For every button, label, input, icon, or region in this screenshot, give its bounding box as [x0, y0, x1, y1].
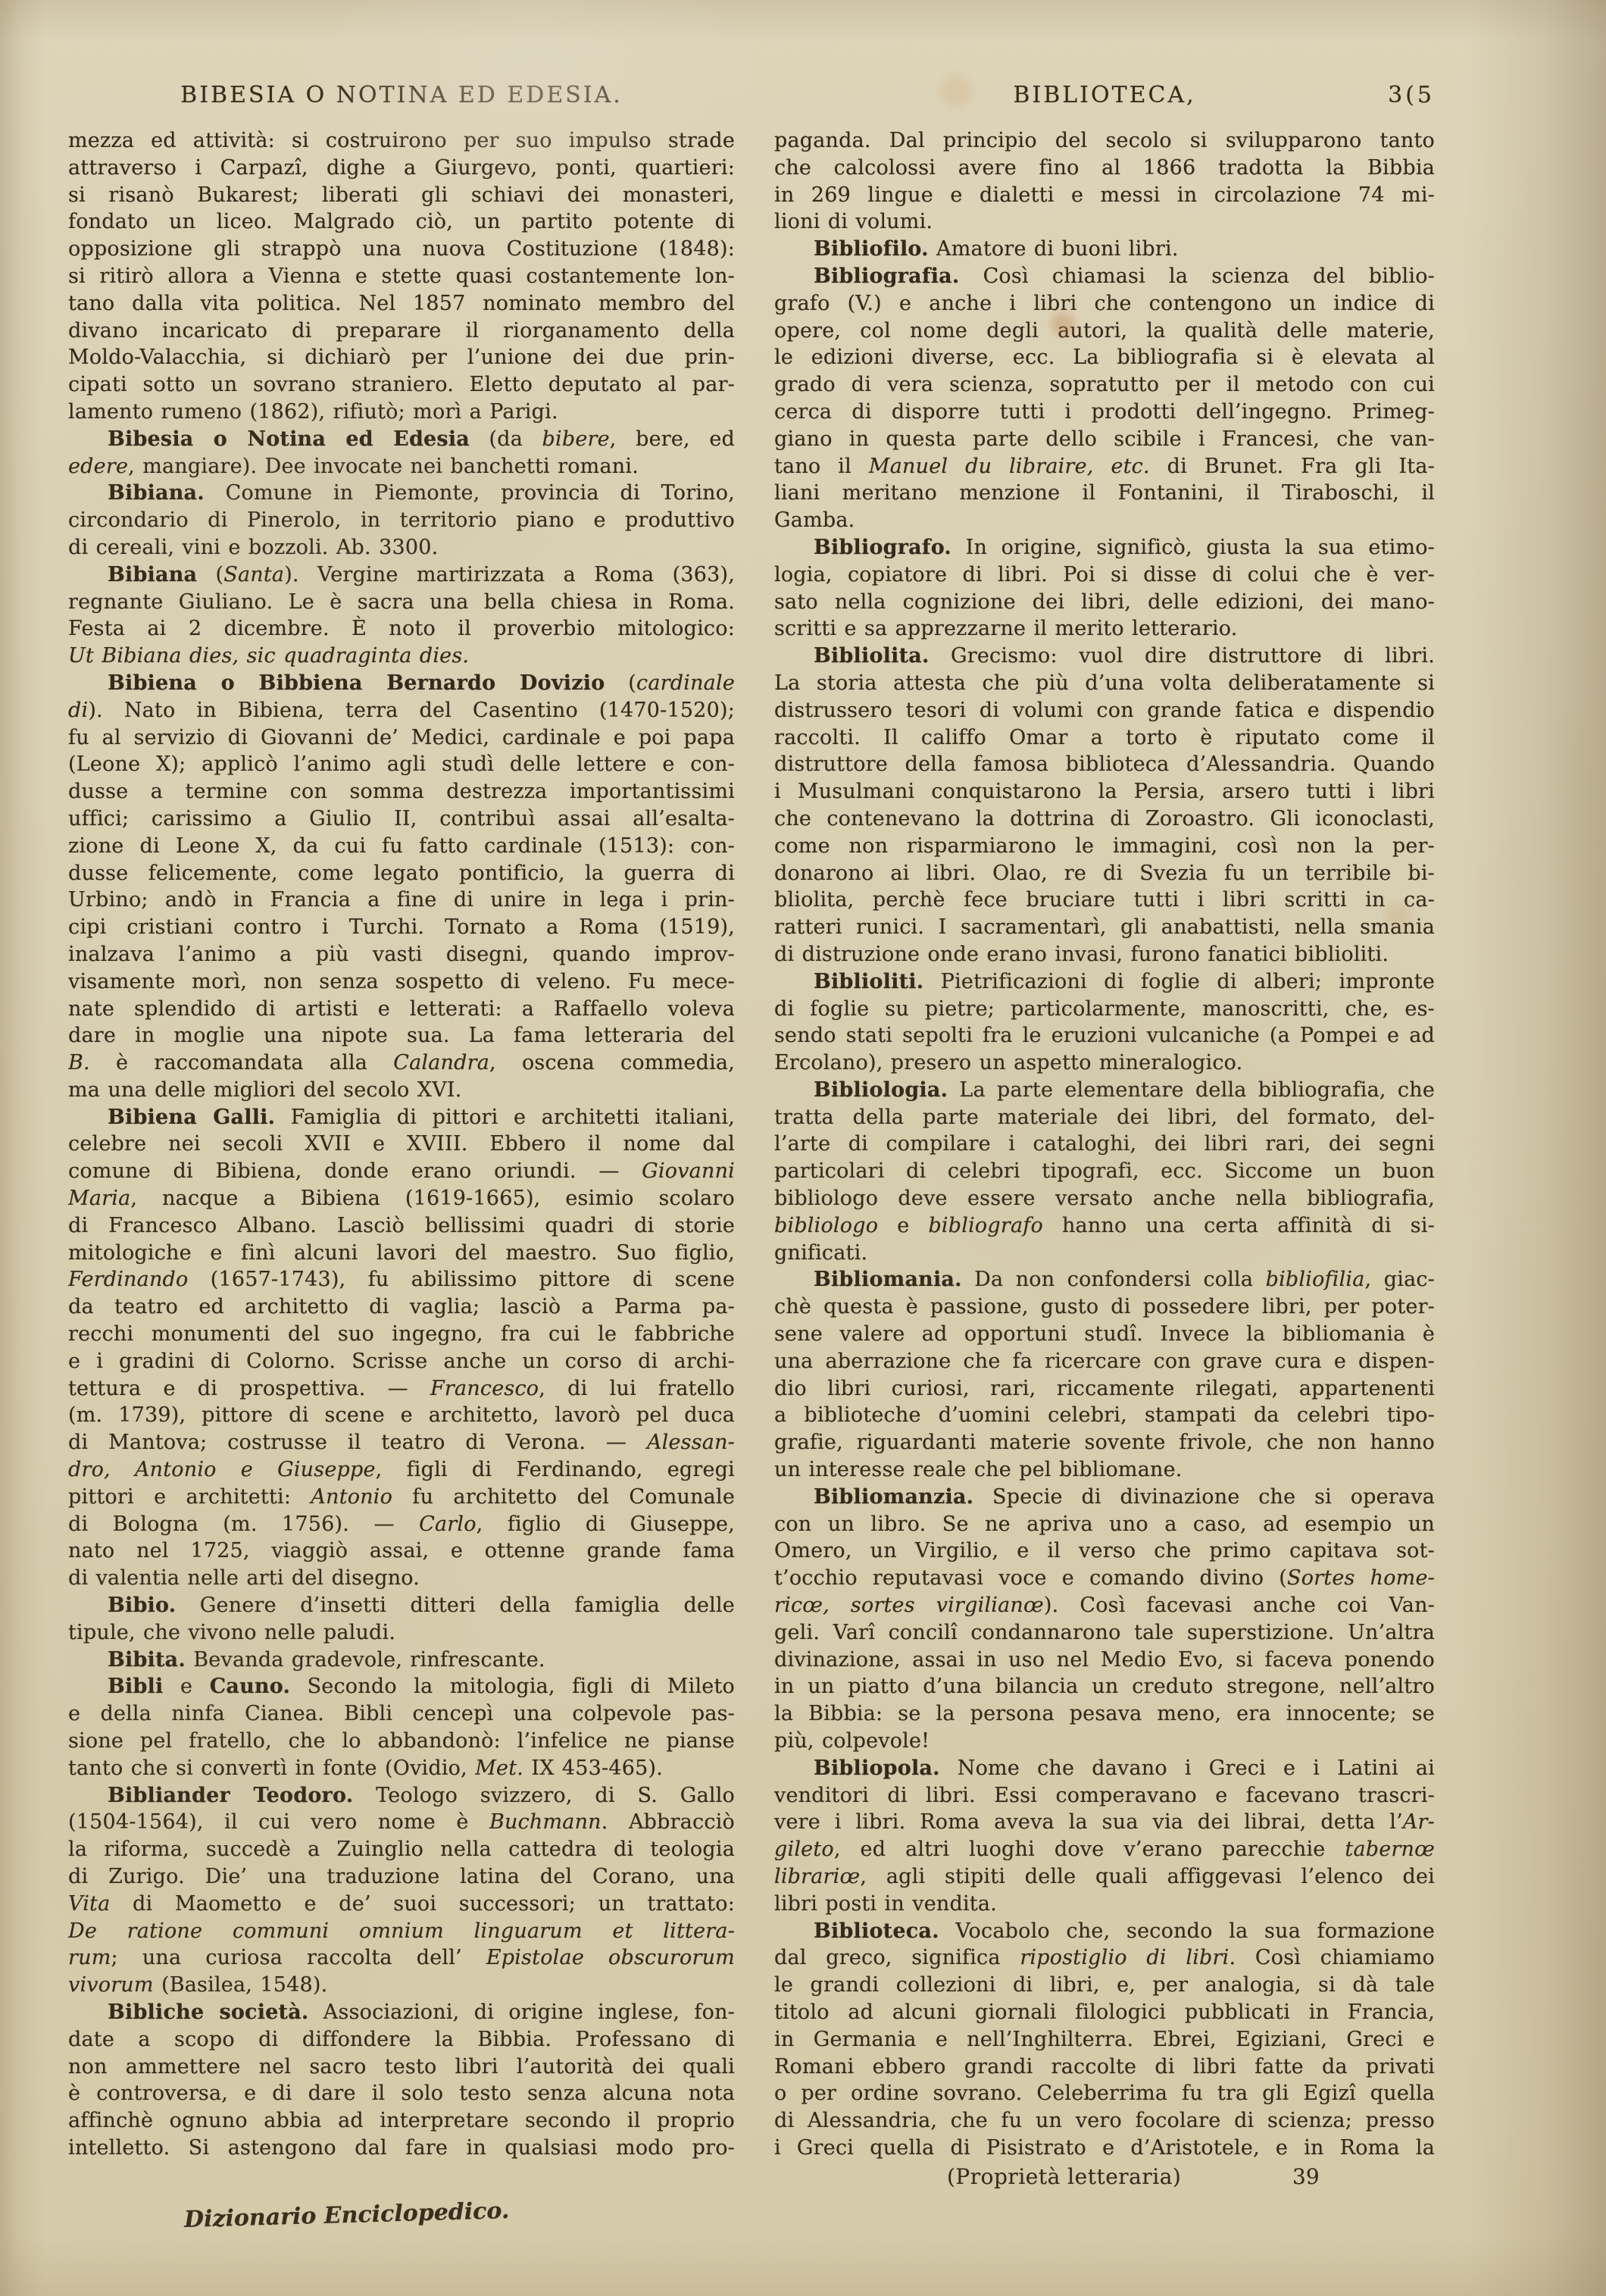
text-line: Bibli e Cauno. Secondo la mitologia, fig…: [68, 1673, 735, 1700]
text-line: Bibliche società. Associazioni, di origi…: [68, 1999, 735, 2026]
left-column: mezza ed attività: si costruirono per su…: [68, 127, 735, 2162]
text-line: grafo (V.) e anche i libri che contengon…: [774, 290, 1435, 317]
text-line: in 269 lingue e dialetti e messi in circ…: [774, 182, 1435, 209]
text-line: comune di Bibiena, donde erano oriundi. …: [68, 1158, 735, 1185]
text-line: vivorum (Basilea, 1548).: [68, 1972, 735, 1999]
text-line: fu al servizio di Giovanni de’ Medici, c…: [68, 724, 735, 752]
text-line: ricœ, sortes virgilianœ). Così facevasi …: [774, 1592, 1435, 1619]
text-line: tano dalla vita politica. Nel 1857 nomin…: [68, 290, 735, 317]
right-column: paganda. Dal principio del secolo si svi…: [774, 127, 1435, 2162]
text-line: Bibliander Teodoro. Teologo svizzero, di…: [68, 1782, 735, 1810]
text-line: regnante Giuliano. Le è sacra una bella …: [68, 589, 735, 616]
text-line: Bibesia o Notina ed Edesia (da bibere, b…: [68, 426, 735, 453]
text-line: non ammettere nel sacro testo libri l’au…: [68, 2054, 735, 2081]
text-line: Festa ai 2 dicembre. È noto il proverbio…: [68, 615, 735, 643]
footer-copyright: (Proprietà letteraria): [947, 2164, 1181, 2189]
text-line: divano incaricato di preparare il riorga…: [68, 317, 735, 345]
text-line: recchi monumenti del suo ingegno, fra cu…: [68, 1321, 735, 1348]
footer-sheet-number: 39: [1292, 2164, 1320, 2189]
text-line: i Musulmani conquistarono la Persia, ars…: [774, 778, 1435, 805]
text-line: opere, col nome degli autori, la qualità…: [774, 317, 1435, 345]
text-line: venditori di libri. Essi comperavano e f…: [774, 1782, 1435, 1810]
text-line: grado di vera scienza, sopratutto per il…: [774, 371, 1435, 399]
text-line: che contenevano la dottrina di Zoroastro…: [774, 805, 1435, 833]
text-line: in un piatto d’una bilancia un creduto s…: [774, 1673, 1435, 1700]
text-line: mezza ed attività: si costruirono per su…: [68, 127, 735, 155]
text-line: Ut Bibiana dies, sic quadraginta dies.: [68, 643, 735, 670]
text-line: distrussero tesori di volumi con grande …: [774, 697, 1435, 724]
text-line: Bibiena o Bibbiena Bernardo Dovizio (car…: [68, 670, 735, 697]
text-line: l’arte di compilare i cataloghi, dei lib…: [774, 1131, 1435, 1158]
text-line: celebre nei secoli XVII e XVIII. Ebbero …: [68, 1131, 735, 1158]
text-line: i Greci quella di Pisistrato e d’Aristot…: [774, 2135, 1435, 2162]
text-line: Ferdinando (1657-1743), fu abilissimo pi…: [68, 1266, 735, 1293]
text-line: (m. 1739), pittore di scene e architetto…: [68, 1402, 735, 1429]
text-line: Bibiena Galli. Famiglia di pittori e arc…: [68, 1104, 735, 1131]
text-line: Bibliologia. La parte elementare della b…: [774, 1077, 1435, 1104]
text-line: divinazione, assai in uso nel Medio Evo,…: [774, 1647, 1435, 1674]
text-line: circondario di Pinerolo, in territorio p…: [68, 507, 735, 534]
text-line: particolari di celebri tipografi, ecc. S…: [774, 1158, 1435, 1185]
text-line: cipati sotto un sovrano straniero. Elett…: [68, 371, 735, 399]
text-line: De ratione communi omnium linguarum et l…: [68, 1918, 735, 1945]
text-line: si ritirò allora a Vienna e stette quasi…: [68, 263, 735, 290]
text-line: la riforma, succedè a Zuinglio nella cat…: [68, 1836, 735, 1863]
text-line: le edizioni diverse, ecc. La bibliografi…: [774, 344, 1435, 371]
text-line: logia, copiatore di libri. Poi si disse …: [774, 561, 1435, 589]
text-line: di). Nato in Bibiena, terra del Casentin…: [68, 697, 735, 724]
text-line: una aberrazione che fa ricercare con gra…: [774, 1348, 1435, 1375]
text-line: di distruzione onde erano invasi, furono…: [774, 941, 1435, 968]
text-line: Bibio. Genere d’insetti ditteri della fa…: [68, 1592, 735, 1619]
text-line: raccolti. Il califfo Omar a torto è ripu…: [774, 724, 1435, 752]
text-line: si risanò Bukarest; liberati gli schiavi…: [68, 182, 735, 209]
text-line: la Bibbia: se la persona pesava meno, er…: [774, 1700, 1435, 1728]
text-line: Moldo-Valacchia, si dichiarò per l’union…: [68, 344, 735, 371]
text-line: donarono ai libri. Olao, re di Svezia fu…: [774, 860, 1435, 887]
text-line: come non risparmiarono le immagini, così…: [774, 833, 1435, 860]
text-line: di Mantova; costrusse il teatro di Veron…: [68, 1429, 735, 1456]
text-line: (1504-1564), il cui vero nome è Buchmann…: [68, 1809, 735, 1836]
text-line: vere i libri. Roma aveva la sua via dei …: [774, 1809, 1435, 1836]
text-line: di Alessandria, che fu un vero focolare …: [774, 2107, 1435, 2135]
text-line: Bibliografia. Così chiamasi la scienza d…: [774, 263, 1435, 290]
text-line: Gamba.: [774, 507, 1435, 534]
text-line: a biblioteche d’uomini celebri, stampati…: [774, 1402, 1435, 1429]
text-line: tipule, che vivono nelle paludi.: [68, 1619, 735, 1647]
text-line: bliolita, perchè fece bruciare tutti i l…: [774, 887, 1435, 914]
text-line: intelletto. Si astengono dal fare in qua…: [68, 2135, 735, 2162]
text-line: Bibliolita. Grecismo: vuol dire distrutt…: [774, 643, 1435, 670]
text-line: di valentia nelle arti del disegno.: [68, 1565, 735, 1592]
text-line: dal greco, significa ripostiglio di libr…: [774, 1944, 1435, 1972]
text-line: gileto, ed altri luoghi dove v’erano par…: [774, 1836, 1435, 1863]
text-line: zione di Leone X, da cui fu fatto cardin…: [68, 833, 735, 860]
text-line: opposizione gli strappò una nuova Costit…: [68, 236, 735, 263]
text-line: dare in moglie una nipote sua. La fama l…: [68, 1022, 735, 1049]
text-line: grafie, riguardanti materie sovente friv…: [774, 1429, 1435, 1456]
text-line: visamente morì, non senza sospetto di ve…: [68, 968, 735, 996]
text-line: mitologiche e finì alcuni lavori del mae…: [68, 1240, 735, 1267]
text-line: Bibliomanzia. Specie di divinazione che …: [774, 1484, 1435, 1511]
text-line: nato nel 1725, viaggiò assai, e ottenne …: [68, 1537, 735, 1565]
text-line: dro, Antonio e Giuseppe, figli di Ferdin…: [68, 1456, 735, 1484]
text-line: e della ninfa Cianea. Bibli cencepì una …: [68, 1700, 735, 1728]
text-line: edere, mangiare). Dee invocate nei banch…: [68, 453, 735, 480]
text-line: un interesse reale che pel bibliomane.: [774, 1456, 1435, 1484]
text-line: t’occhio reputavasi voce e comando divin…: [774, 1565, 1435, 1592]
text-line: dusse felicemente, come legato pontifici…: [68, 860, 735, 887]
text-line: B. è raccomandata alla Calandra, oscena …: [68, 1049, 735, 1077]
text-line: scritti e sa apprezzarne il merito lette…: [774, 615, 1435, 643]
running-head-left: BIBESIA O NOTINA ED EDESIA.: [68, 82, 735, 108]
text-line: di Zurigo. Die’ una traduzione latina de…: [68, 1863, 735, 1891]
text-line: bibliologo e bibliografo hanno una certa…: [774, 1212, 1435, 1240]
text-line: inalzava l’animo a più vasti disegni, qu…: [68, 941, 735, 968]
text-line: affinchè ognuno abbia ad interpretare se…: [68, 2107, 735, 2135]
text-line: Maria, nacque a Bibiena (1619-1665), esi…: [68, 1185, 735, 1212]
text-line: di Francesco Albano. Lasciò bellissimi q…: [68, 1212, 735, 1240]
text-line: Bibliopola. Nome che davano i Greci e i …: [774, 1755, 1435, 1782]
text-line: che calcolossi avere fino al 1866 tradot…: [774, 155, 1435, 182]
text-line: uffici; carissimo a Giulio II, contribuì…: [68, 805, 735, 833]
text-line: Omero, un Virgilio, e il verso che primo…: [774, 1537, 1435, 1565]
text-line: (Leone X); applicò l’animo agli studì de…: [68, 751, 735, 778]
text-line: Biblioliti. Pietrificazioni di foglie di…: [774, 968, 1435, 996]
page-number: 3(5: [1288, 82, 1435, 108]
text-line: Romani ebbero grandi raccolte di libri f…: [774, 2054, 1435, 2081]
text-line: Bibiana (Santa). Vergine martirizzata a …: [68, 561, 735, 589]
text-line: tratta della parte materiale dei libri, …: [774, 1104, 1435, 1131]
text-line: Bibliofilo. Amatore di buoni libri.: [774, 236, 1435, 263]
text-line: pittori e architetti: Antonio fu archite…: [68, 1484, 735, 1511]
text-line: dio libri curiosi, rari, riccamente rile…: [774, 1375, 1435, 1403]
text-line: in Germania e nell’Inghilterra. Ebrei, E…: [774, 2026, 1435, 2054]
text-line: Bibliografo. In origine, significò, gius…: [774, 534, 1435, 561]
text-line: lioni di volumi.: [774, 208, 1435, 236]
text-line: librariœ, agli stipiti delle quali affig…: [774, 1863, 1435, 1891]
text-line: sione pel fratello, che lo abbandonò: l’…: [68, 1728, 735, 1755]
text-line: sene valere ad opportuni studî. Invece l…: [774, 1321, 1435, 1348]
text-line: tettura e di prospettiva. — Francesco, d…: [68, 1375, 735, 1403]
text-line: o per ordine sovrano. Celeberrima fu tra…: [774, 2080, 1435, 2107]
text-line: Bibiana. Comune in Piemonte, provincia d…: [68, 480, 735, 507]
text-line: distruttore della famosa biblioteca d’Al…: [774, 751, 1435, 778]
text-line: attraverso i Carpazî, dighe a Giurgevo, …: [68, 155, 735, 182]
text-line: le grandi collezioni di libri, e, per an…: [774, 1972, 1435, 1999]
text-line: è controversa, e di dare il solo testo s…: [68, 2080, 735, 2107]
text-line: tano il Manuel du libraire, etc. di Brun…: [774, 453, 1435, 480]
text-line: ma una delle migliori del secolo XVI.: [68, 1077, 735, 1104]
text-line: di cereali, vini e bozzoli. Ab. 3300.: [68, 534, 735, 561]
text-line: lamento rumeno (1862), rifiutò; morì a P…: [68, 399, 735, 426]
text-line: liani meritano menzione il Fontanini, il…: [774, 480, 1435, 507]
footer-signature: Dizionario Enciclopedico.: [184, 2197, 510, 2233]
text-line: Vita di Maometto e de’ suoi successori; …: [68, 1891, 735, 1918]
text-line: con un libro. Se ne apriva uno a caso, a…: [774, 1511, 1435, 1538]
text-line: Bibita. Bevanda gradevole, rinfrescante.: [68, 1647, 735, 1674]
text-line: più, colpevole!: [774, 1728, 1435, 1755]
text-line: libri posti in vendita.: [774, 1891, 1435, 1918]
text-line: gnificati.: [774, 1240, 1435, 1267]
text-line: sendo stati sepolti fra le eruzioni vulc…: [774, 1022, 1435, 1049]
text-line: titolo ad alcuni giornali filologici pub…: [774, 1999, 1435, 2026]
text-line: Biblioteca. Vocabolo che, secondo la sua…: [774, 1918, 1435, 1945]
text-line: paganda. Dal principio del secolo si svi…: [774, 127, 1435, 155]
text-line: chè questa è passione, gusto di posseder…: [774, 1293, 1435, 1321]
text-line: cerca di disporre tutti i prodotti dell’…: [774, 399, 1435, 426]
text-line: Bibliomania. Da non confondersi colla bi…: [774, 1266, 1435, 1293]
text-line: di foglie su pietre; particolarmente, ma…: [774, 996, 1435, 1023]
text-line: da teatro ed architetto di vaglia; lasci…: [68, 1293, 735, 1321]
text-line: di Bologna (m. 1756). — Carlo, figlio di…: [68, 1511, 735, 1538]
text-line: Ercolano), presero un aspetto mineralogi…: [774, 1049, 1435, 1077]
book-page: BIBESIA O NOTINA ED EDESIA. BIBLIOTECA, …: [0, 0, 1606, 2296]
text-line: tanto che si convertì in fonte (Ovidio, …: [68, 1755, 735, 1782]
text-line: geli. Varî concilî condannarono tale sup…: [774, 1619, 1435, 1647]
text-line: bibliologo deve essere versato anche nel…: [774, 1185, 1435, 1212]
text-line: e i gradini di Colorno. Scrisse anche un…: [68, 1348, 735, 1375]
text-line: cipi cristiani contro i Turchi. Tornato …: [68, 914, 735, 941]
text-line: fondato un liceo. Malgrado ciò, un parti…: [68, 208, 735, 236]
text-line: ratteri runici. I sacramentarì, gli anab…: [774, 914, 1435, 941]
text-line: nate splendido di artisti e letterati: a…: [68, 996, 735, 1023]
text-line: rum; una curiosa raccolta dell’ Epistola…: [68, 1944, 735, 1972]
text-line: date a scopo di diffondere la Bibbia. Pr…: [68, 2026, 735, 2054]
text-line: dusse a termine con somma destrezza impo…: [68, 778, 735, 805]
text-line: La storia attesta che più d’una volta de…: [774, 670, 1435, 697]
text-line: giano in questa parte dello scibile i Fr…: [774, 426, 1435, 453]
text-line: Urbino; andò in Francia a fine di unire …: [68, 887, 735, 914]
text-line: sato nella cognizione dei libri, delle e…: [774, 589, 1435, 616]
